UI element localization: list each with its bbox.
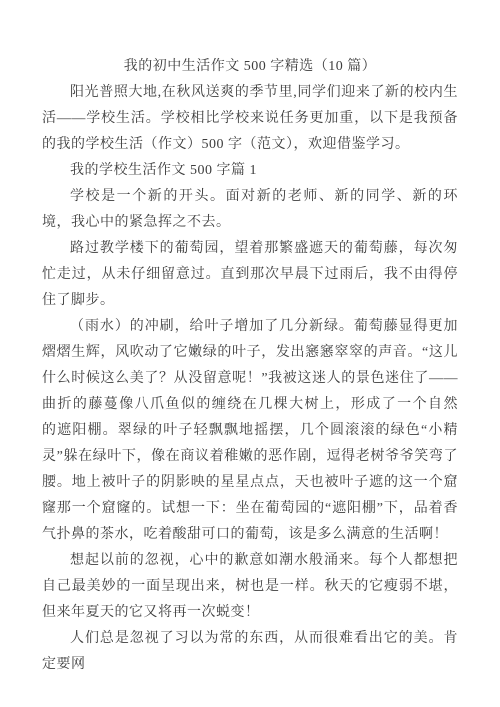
essay-paragraph: 路过教学楼下的葡萄园，望着那繁盛遮天的葡萄藤，每次匆忙走过，从未仔细留意过。直到…	[42, 236, 458, 314]
essay-subtitle-part-1: 我的学校生活作文 500 字篇 1	[42, 158, 458, 184]
essay-paragraph: （雨水）的冲刷，给叶子增加了几分新绿。葡萄藤显得更加熠熠生辉，风吹动了它嫩绿的叶…	[42, 314, 458, 548]
essay-title: 我的初中生活作文 500 字精选（10 篇）	[42, 54, 458, 80]
essay-paragraph-truncated: 人们总是忽视了习以为常的东西，从而很难看出它的美。肯定要网	[42, 626, 458, 678]
essay-paragraph: 想起以前的忽视，心中的歉意如潮水般涌来。每个人都想把自己最美妙的一面呈现出来，树…	[42, 548, 458, 626]
essay-paragraph: 学校是一个新的开头。面对新的老师、新的同学、新的环境，我心中的紧急挥之不去。	[42, 184, 458, 236]
essay-paragraph-intro: 阳光普照大地,在秋风送爽的季节里,同学们迎来了新的校内生活——学校生活。学校相比…	[42, 80, 458, 158]
document-page: 我的初中生活作文 500 字精选（10 篇） 阳光普照大地,在秋风送爽的季节里,…	[0, 0, 500, 707]
